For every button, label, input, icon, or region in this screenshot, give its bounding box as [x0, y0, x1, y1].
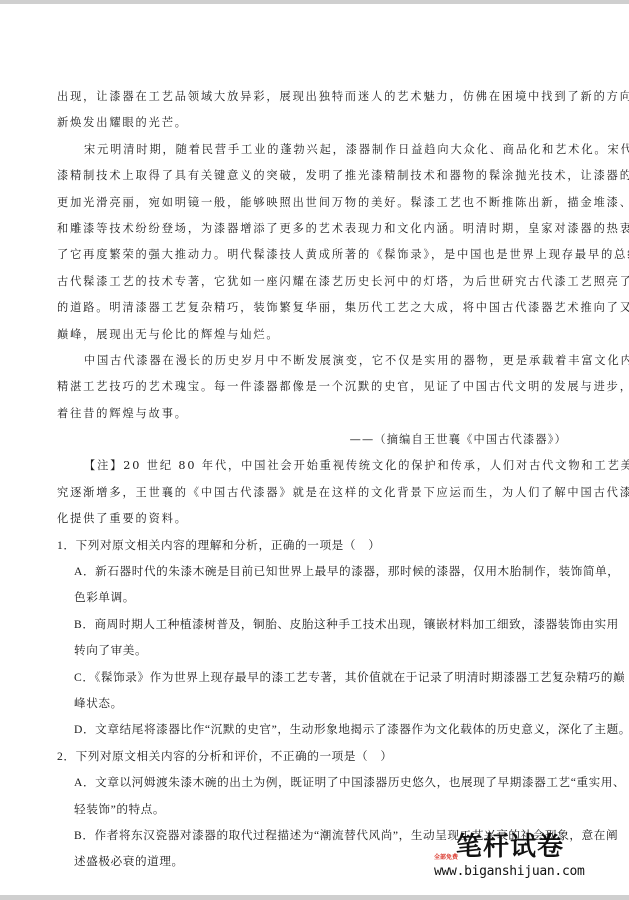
option-a-line: A．文章以河姆渡朱漆木碗的出土为例，既证明了中国漆器历史悠久，也展现了早期漆器工… — [57, 770, 573, 796]
note-line: 化提供了重要的资料。 — [57, 506, 573, 532]
watermark-url: www.biganshijuan.com — [434, 864, 585, 879]
option-b-line: 转向了审美。 — [57, 638, 573, 664]
option-a-line: A．新石器时代的朱漆木碗是目前已知世界上最早的漆器，那时候的漆器，仅用木胎制作，… — [57, 559, 573, 585]
passage-line: 宋元明清时期，随着民营手工业的蓬勃兴起，漆器制作日益趋向大众化、商品化和艺术化。… — [57, 137, 573, 163]
passage-line: 和雕漆等技术纷纷登场，为漆器增添了更多的艺术表现力和文化内涵。明清时期，皇家对漆… — [57, 216, 573, 242]
passage-line: 了它再度繁荣的强大推动力。明代髹漆技人黄成所著的《髹饰录》，是中国也是世界上现存… — [57, 242, 573, 268]
watermark-free-badge: 全部免费 — [434, 852, 458, 861]
note-line: 【注】20 世纪 80 年代，中国社会开始重视传统文化的保护和传承，人们对古代文… — [57, 453, 573, 479]
passage-line: 出现，让漆器在工艺品领域大放异彩，展现出独特而迷人的艺术魅力，仿佛在困境中找到了… — [57, 84, 573, 110]
option-a-line: 轻装饰”的特点。 — [57, 797, 573, 823]
passage-line: 更加光滑亮丽，宛如明镜一般，能够映照出世间万物的美好。髹漆工艺也不断推陈出新，描… — [57, 190, 573, 216]
option-c-line: 峰状态。 — [57, 691, 573, 717]
bottom-page-border — [0, 895, 629, 900]
option-b-line: B．商周时期人工种植漆树普及，铜胎、皮胎这种手工技术出现，镶嵌材料加工细致，漆器… — [57, 612, 573, 638]
passage-line: 新焕发出耀眼的光芒。 — [57, 110, 573, 136]
source-attribution: ——（摘编自王世襄《中国古代漆器》） — [57, 427, 573, 453]
watermark-title: 笔杆试卷 — [456, 832, 564, 862]
question-1: 1．下列对原文相关内容的理解和分析，正确的一项是（ ） A．新石器时代的朱漆木碗… — [57, 533, 573, 744]
passage-line: 的道路。明清漆器工艺复杂精巧，装饰繁复华丽，集历代工艺之大成，将中国古代漆器艺术… — [57, 295, 573, 321]
document-page: 出现，让漆器在工艺品领域大放异彩，展现出独特而迷人的艺术魅力，仿佛在困境中找到了… — [57, 84, 573, 876]
passage-line: 精湛工艺技巧的艺术瑰宝。每一件漆器都像是一个沉默的史官，见证了中国古代文明的发展… — [57, 374, 573, 400]
passage-line: 漆精制技术上取得了具有关键意义的突破，发明了推光漆精制技术和器物的髹涂抛光技术，… — [57, 163, 573, 189]
option-d-line: D．文章结尾将漆器比作“沉默的史官”，生动形象地揭示了漆器作为文化载体的历史意义… — [57, 717, 573, 743]
question-stem: 2．下列对原文相关内容的分析和评价，不正确的一项是（ ） — [57, 744, 573, 770]
passage-line: 古代髹漆工艺的技术专著，它犹如一座闪耀在漆艺历史长河中的灯塔，为后世研究古代漆工… — [57, 269, 573, 295]
note-line: 究逐渐增多，王世襄的《中国古代漆器》就是在这样的文化背景下应运而生，为人们了解中… — [57, 480, 573, 506]
top-page-border — [0, 0, 629, 4]
passage-line: 着往昔的辉煌与故事。 — [57, 401, 573, 427]
option-c-line: C．《髹饰录》作为世界上现存最早的漆工艺专著，其价值就在于记录了明清时期漆器工艺… — [57, 665, 573, 691]
option-a-line: 色彩单调。 — [57, 585, 573, 611]
question-stem: 1．下列对原文相关内容的理解和分析，正确的一项是（ ） — [57, 533, 573, 559]
passage-line: 中国古代漆器在漫长的历史岁月中不断发展演变，它不仅是实用的器物，更是承载着丰富文… — [57, 348, 573, 374]
passage-line: 巅峰，展现出无与伦比的辉煌与灿烂。 — [57, 322, 573, 348]
site-watermark-logo: 笔杆试卷 全部免费 www.biganshijuan.com — [434, 832, 594, 888]
